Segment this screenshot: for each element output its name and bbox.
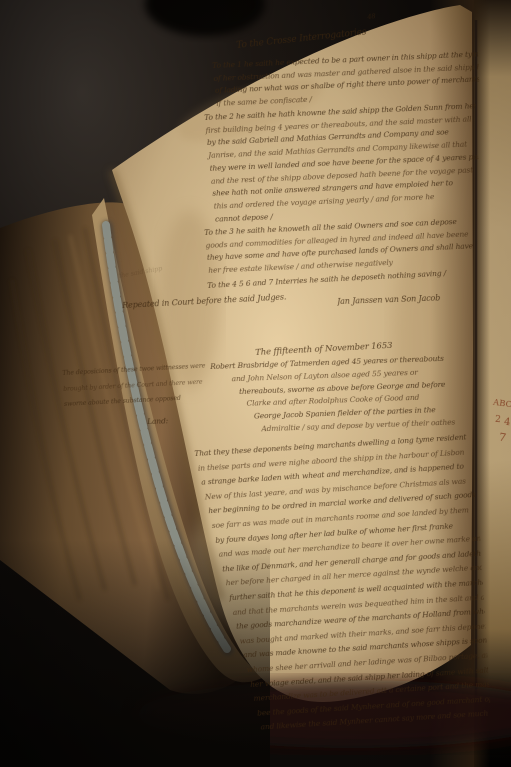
deposition-body: That they these deponents being marchant… — [194, 430, 491, 738]
facing-page-mark-4: 4 — [503, 417, 510, 429]
manuscript-photo: 48 To the Crosse Interrogatories To the … — [0, 0, 511, 767]
margin-word: Land: — [147, 416, 168, 426]
deposition-intro: Robert Brasbridge of Tatmerden aged 45 y… — [210, 352, 475, 438]
margin-note: The deposicions of these twoe wittnesses… — [62, 358, 222, 413]
facing-page-mark-2: 2 — [494, 415, 501, 426]
answer-paragraph-2: To the 2 he saith he hath knowne the sai… — [204, 100, 481, 226]
folio-number: 48 — [367, 12, 376, 21]
